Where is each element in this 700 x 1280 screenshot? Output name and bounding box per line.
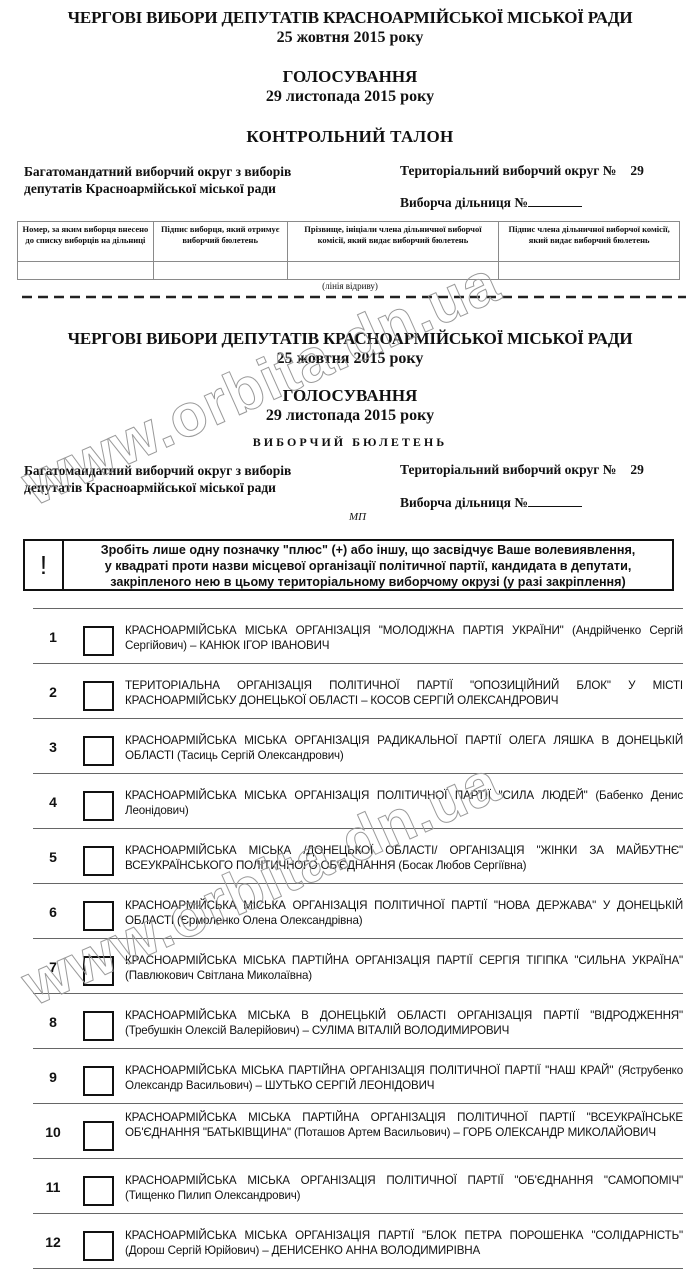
stub-precinct-number-field[interactable] (528, 194, 582, 207)
candidate-number: 12 (33, 1214, 73, 1269)
stub-cell-member-signature[interactable] (499, 262, 680, 280)
candidate-description: КРАСНОАРМІЙСЬКА МІСЬКА ПАРТІЙНА ОРГАНІЗА… (125, 1110, 683, 1140)
vote-checkbox[interactable] (83, 1066, 114, 1096)
stamp-place-label: МП (349, 511, 366, 523)
candidate-description: КРАСНОАРМІЙСЬКА МІСЬКА ОРГАНІЗАЦІЯ ПОЛІТ… (125, 898, 683, 928)
candidate-row: 11КРАСНОАРМІЙСЬКА МІСЬКА ОРГАНІЗАЦІЯ ПОЛ… (33, 1158, 683, 1213)
stub-precinct: Виборча дільниця № (400, 194, 582, 211)
tear-line (22, 295, 686, 299)
candidate-row: 9КРАСНОАРМІЙСЬКА МІСЬКА ПАРТІЙНА ОРГАНІЗ… (33, 1048, 683, 1103)
candidate-row: 4КРАСНОАРМІЙСЬКА МІСЬКА ОРГАНІЗАЦІЯ ПОЛІ… (33, 773, 683, 828)
candidate-row: 7КРАСНОАРМІЙСЬКА МІСЬКА ПАРТІЙНА ОРГАНІЗ… (33, 938, 683, 993)
ballot-territorial-label: Територіальний виборчий округ № (400, 462, 616, 477)
stub-territorial-number: 29 (630, 163, 644, 179)
ballot-territorial-number: 29 (630, 462, 644, 478)
ballot-territorial-district: Територіальний виборчий округ №29 (400, 462, 644, 478)
stub-cell-member-name[interactable] (287, 262, 499, 280)
ballot-election-title: ЧЕРГОВІ ВИБОРИ ДЕПУТАТІВ КРАСНОАРМІЙСЬКО… (0, 329, 700, 349)
stub-district-line1: Багатомандатний виборчий округ з виборів (24, 163, 291, 180)
candidate-number: 3 (33, 719, 73, 774)
candidate-row: 8КРАСНОАРМІЙСЬКА МІСЬКА В ДОНЕЦЬКІЙ ОБЛА… (33, 993, 683, 1048)
stub-election-title: ЧЕРГОВІ ВИБОРИ ДЕПУТАТІВ КРАСНОАРМІЙСЬКО… (0, 8, 700, 28)
candidate-row: 10КРАСНОАРМІЙСЬКА МІСЬКА ПАРТІЙНА ОРГАНІ… (33, 1103, 683, 1158)
candidate-description: КРАСНОАРМІЙСЬКА МІСЬКА ПАРТІЙНА ОРГАНІЗА… (125, 1063, 683, 1093)
vote-checkbox[interactable] (83, 846, 114, 876)
instruction-notice: ! Зробіть лише одну позначку "плюс" (+) … (23, 539, 674, 591)
candidate-number: 10 (33, 1104, 73, 1159)
candidate-description: КРАСНОАРМІЙСЬКА МІСЬКА ОРГАНІЗАЦІЯ РАДИК… (125, 733, 683, 763)
exclamation-icon: ! (25, 541, 64, 589)
stub-territorial-label: Територіальний виборчий округ № (400, 163, 616, 178)
stub-header-voter-signature: Підпис виборця, який отримує виборчий бю… (153, 222, 287, 262)
candidate-row: 5КРАСНОАРМІЙСЬКА МІСЬКА /ДОНЕЦЬКОЇ ОБЛАС… (33, 828, 683, 883)
candidate-description: ТЕРИТОРІАЛЬНА ОРГАНІЗАЦІЯ ПОЛІТИЧНОЇ ПАР… (125, 678, 683, 708)
candidate-row: 6КРАСНОАРМІЙСЬКА МІСЬКА ОРГАНІЗАЦІЯ ПОЛІ… (33, 883, 683, 938)
vote-checkbox[interactable] (83, 901, 114, 931)
candidate-row: 2ТЕРИТОРІАЛЬНА ОРГАНІЗАЦІЯ ПОЛІТИЧНОЇ ПА… (33, 663, 683, 718)
stub-voting-date: 29 листопада 2015 року (0, 88, 700, 106)
instruction-line: Зробіть лише одну позначку "плюс" (+) аб… (64, 542, 672, 558)
ballot-district-line1: Багатомандатний виборчий округ з виборів (24, 462, 291, 479)
ballot-district: Багатомандатний виборчий округ з виборів… (24, 462, 291, 496)
candidate-number: 8 (33, 994, 73, 1049)
stub-cell-voter-number[interactable] (18, 262, 154, 280)
candidate-description: КРАСНОАРМІЙСЬКА МІСЬКА ОРГАНІЗАЦІЯ "МОЛО… (125, 623, 683, 653)
tear-line-label: (лінія відриву) (0, 281, 700, 291)
stub-voting-title: ГОЛОСУВАННЯ (0, 67, 700, 87)
vote-checkbox[interactable] (83, 681, 114, 711)
candidate-row: 12КРАСНОАРМІЙСЬКА МІСЬКА ОРГАНІЗАЦІЯ ПАР… (33, 1213, 683, 1268)
stub-document-title: КОНТРОЛЬНИЙ ТАЛОН (0, 127, 700, 147)
candidate-number: 5 (33, 829, 73, 884)
stub-header-member-name: Прізвище, ініціали члена дільничної вибо… (287, 222, 499, 262)
vote-checkbox[interactable] (83, 1231, 114, 1261)
stub-signature-table: Номер, за яким виборця внесено до списку… (17, 221, 680, 280)
vote-checkbox[interactable] (83, 791, 114, 821)
stub-precinct-label: Виборча дільниця № (400, 195, 528, 210)
ballot-document-title: ВИБОРЧИЙ БЮЛЕТЕНЬ (0, 435, 700, 450)
stub-header-member-signature: Підпис члена дільничної виборчої комісії… (499, 222, 680, 262)
vote-checkbox[interactable] (83, 1176, 114, 1206)
instruction-line: закріпленого нею в цьому територіальному… (64, 574, 672, 590)
vote-checkbox[interactable] (83, 1121, 114, 1151)
candidate-description: КРАСНОАРМІЙСЬКА МІСЬКА В ДОНЕЦЬКІЙ ОБЛАС… (125, 1008, 683, 1038)
candidate-description: КРАСНОАРМІЙСЬКА МІСЬКА ОРГАНІЗАЦІЯ ПОЛІТ… (125, 1173, 683, 1203)
ballot-district-line2: депутатів Красноармійської міської ради (24, 479, 291, 496)
instruction-line: у квадраті проти назви місцевої організа… (64, 558, 672, 574)
stub-district-line2: депутатів Красноармійської міської ради (24, 180, 291, 197)
candidate-number: 9 (33, 1049, 73, 1104)
candidate-row: 3КРАСНОАРМІЙСЬКА МІСЬКА ОРГАНІЗАЦІЯ РАДИ… (33, 718, 683, 773)
candidate-description: КРАСНОАРМІЙСЬКА МІСЬКА ОРГАНІЗАЦІЯ ПАРТІ… (125, 1228, 683, 1258)
ballot-precinct-label: Виборча дільниця № (400, 495, 528, 510)
stub-header-voter-number: Номер, за яким виборця внесено до списку… (18, 222, 154, 262)
candidate-number: 11 (33, 1159, 73, 1214)
instruction-text: Зробіть лише одну позначку "плюс" (+) аб… (64, 541, 672, 589)
ballot-voting-title: ГОЛОСУВАННЯ (0, 386, 700, 406)
ballot-precinct-number-field[interactable] (528, 494, 582, 507)
candidate-number: 4 (33, 774, 73, 829)
candidate-row: 1КРАСНОАРМІЙСЬКА МІСЬКА ОРГАНІЗАЦІЯ "МОЛ… (33, 608, 683, 663)
vote-checkbox[interactable] (83, 1011, 114, 1041)
stub-cell-voter-signature[interactable] (153, 262, 287, 280)
candidate-number: 7 (33, 939, 73, 994)
candidate-list: 1КРАСНОАРМІЙСЬКА МІСЬКА ОРГАНІЗАЦІЯ "МОЛ… (33, 608, 683, 1269)
stub-territorial-district: Територіальний виборчий округ №29 (400, 163, 644, 179)
candidate-number: 6 (33, 884, 73, 939)
stub-district: Багатомандатний виборчий округ з виборів… (24, 163, 291, 197)
stub-election-date: 25 жовтня 2015 року (0, 29, 700, 47)
candidate-description: КРАСНОАРМІЙСЬКА МІСЬКА ПАРТІЙНА ОРГАНІЗА… (125, 953, 683, 983)
ballot-voting-date: 29 листопада 2015 року (0, 407, 700, 425)
candidate-list-bottom-rule (33, 1268, 683, 1269)
candidate-number: 1 (33, 609, 73, 664)
candidate-number: 2 (33, 664, 73, 719)
vote-checkbox[interactable] (83, 626, 114, 656)
candidate-description: КРАСНОАРМІЙСЬКА МІСЬКА /ДОНЕЦЬКОЇ ОБЛАСТ… (125, 843, 683, 873)
candidate-description: КРАСНОАРМІЙСЬКА МІСЬКА ОРГАНІЗАЦІЯ ПОЛІТ… (125, 788, 683, 818)
vote-checkbox[interactable] (83, 736, 114, 766)
ballot-precinct: Виборча дільниця № (400, 494, 582, 511)
vote-checkbox[interactable] (83, 956, 114, 986)
ballot-election-date: 25 жовтня 2015 року (0, 350, 700, 368)
